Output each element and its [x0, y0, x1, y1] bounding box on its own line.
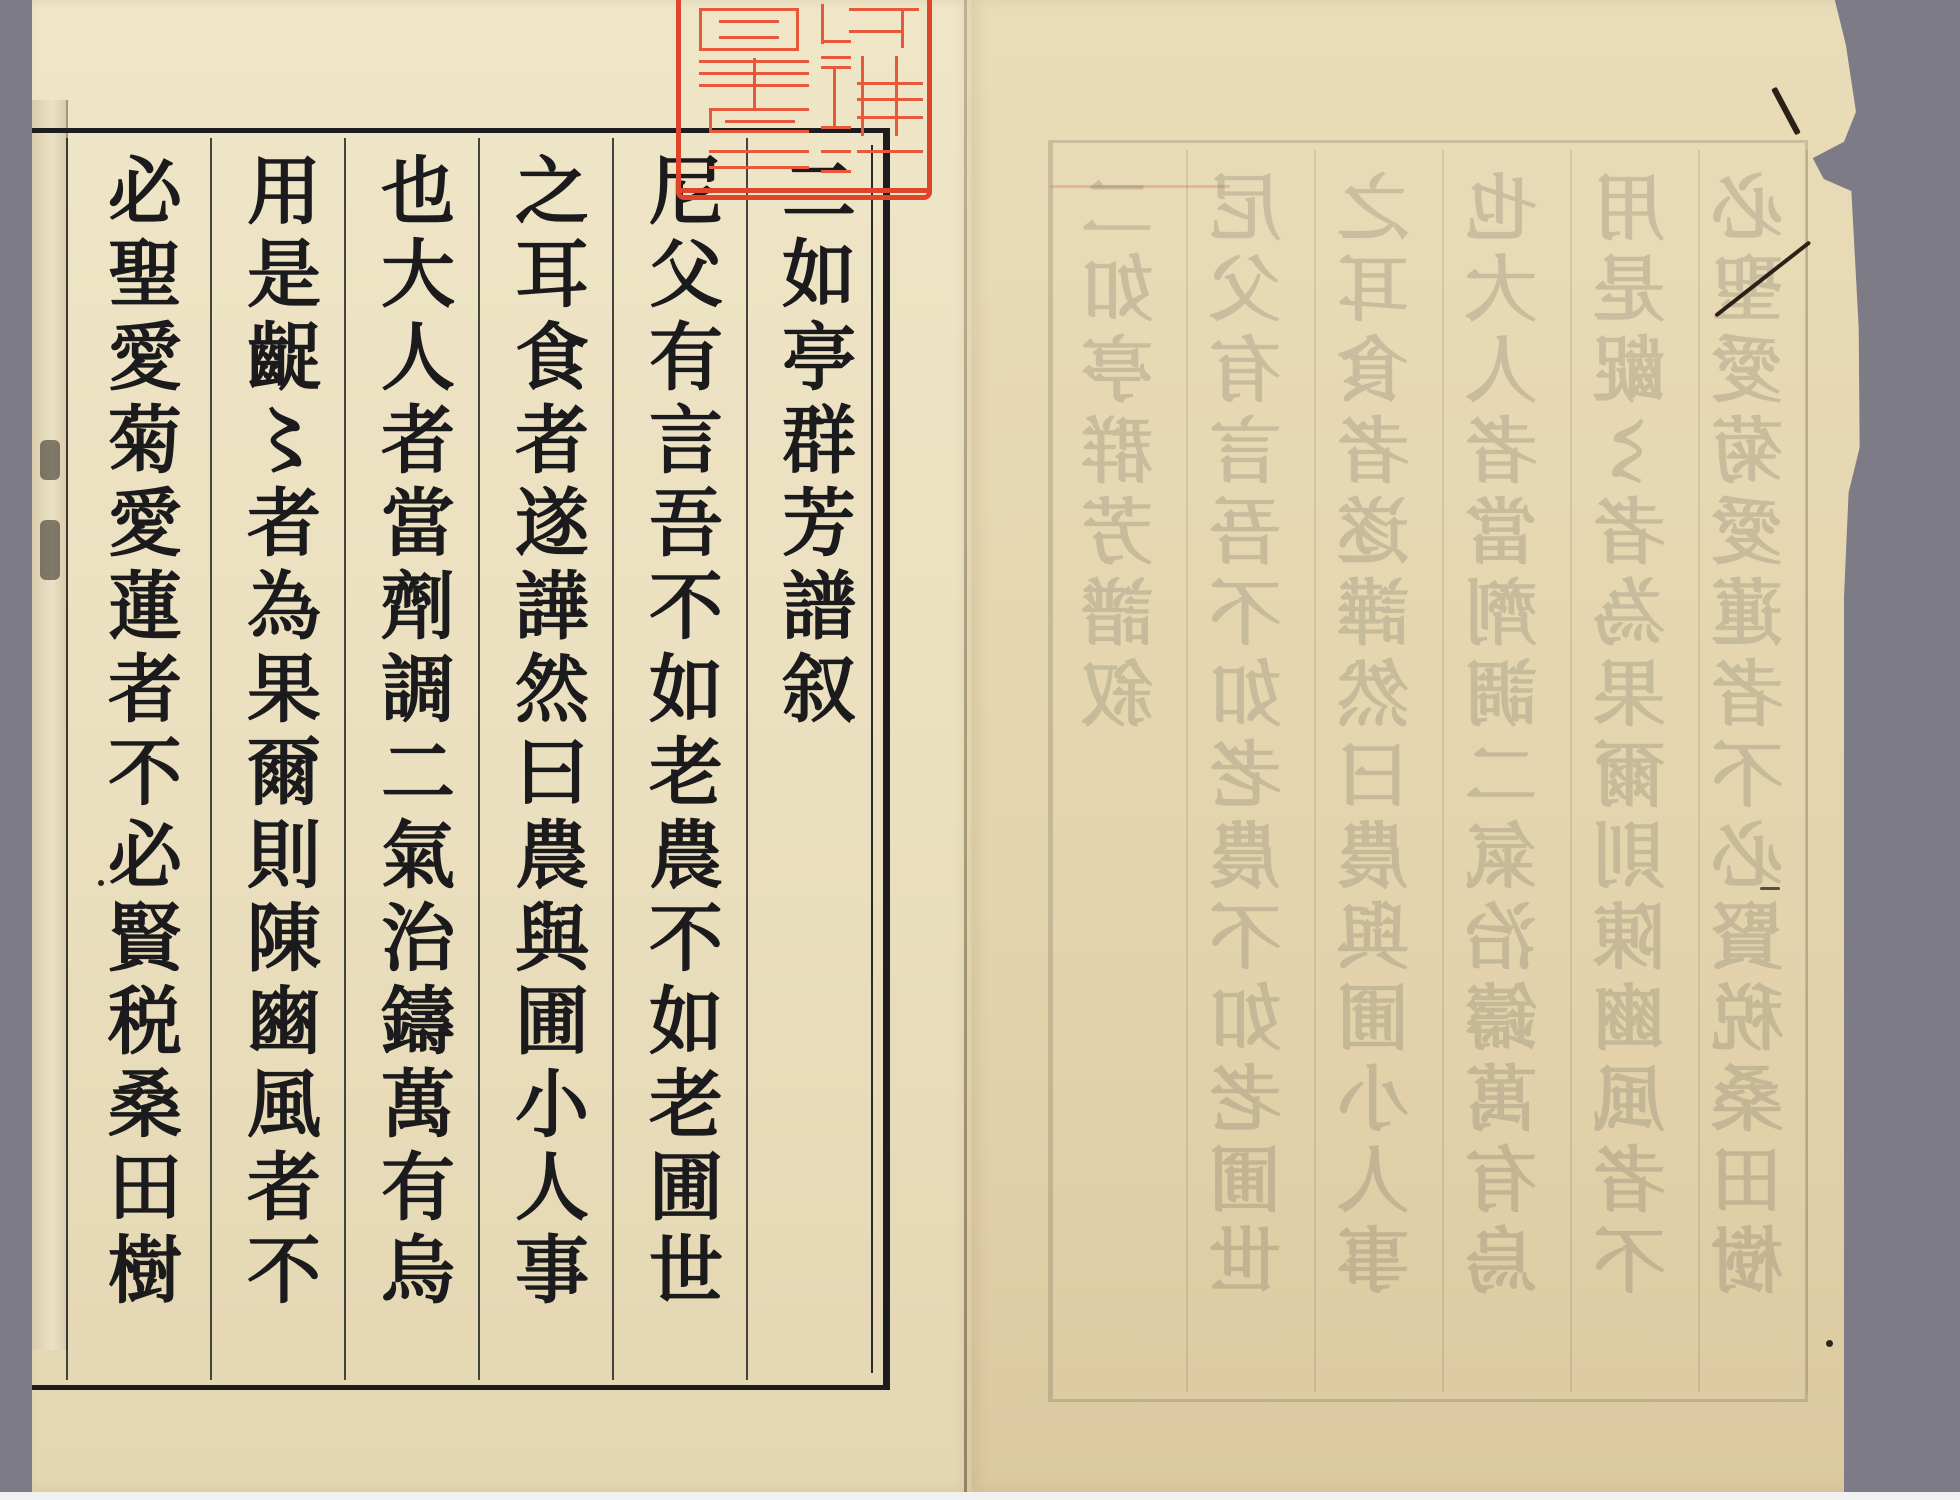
ghost-column: 尼父有言吾不如老農不如老圃世	[1188, 150, 1316, 1392]
seal-stroke	[719, 20, 779, 23]
text-column-heading: 二如亭群芳譜叙	[746, 138, 878, 1380]
seal-stroke	[753, 58, 756, 108]
column-text: 之耳食者遂譁然曰農與圃小人事	[509, 152, 583, 1314]
ghost-text: 也大人者當劑調二氣治鑄萬有烏	[1471, 170, 1543, 1304]
seal-stroke	[849, 30, 904, 33]
text-column: 之耳食者遂譁然曰農與圃小人事	[478, 138, 612, 1380]
ghost-text: 之耳食者遂譁然曰農與圃小人事	[1343, 170, 1415, 1304]
seal-stroke	[709, 108, 712, 132]
seal-stroke	[857, 98, 923, 101]
seal-stroke	[821, 66, 851, 69]
seal-stroke	[833, 66, 836, 126]
text-column: 必聖愛菊愛蓮者不必賢税桑田樹	[66, 138, 210, 1380]
ink-speck	[1760, 887, 1780, 890]
seal-stroke	[709, 150, 809, 153]
seal-stroke	[821, 150, 851, 153]
seal-stroke	[821, 4, 824, 44]
ink-speck	[1826, 1340, 1833, 1347]
column-text: 也大人者當劑調二氣治鑄萬有烏	[375, 152, 449, 1314]
seal-stroke	[709, 166, 809, 169]
red-seal-stamp	[676, 0, 932, 200]
seal-stroke	[699, 48, 799, 51]
ghost-column: 二如亭群芳譜叙	[1060, 150, 1188, 1392]
column-text: 必聖愛菊愛蓮者不必賢税桑田樹	[102, 152, 176, 1314]
seal-stroke	[821, 56, 851, 59]
scan-bottom-edge	[0, 1492, 1960, 1500]
seal-stroke	[796, 8, 799, 51]
seal-stroke	[699, 8, 799, 11]
text-column: 用是齪〻者為果爾則陳豳風者不	[210, 138, 344, 1380]
seal-stroke	[709, 108, 809, 111]
column-text: 尼父有言吾不如老農不如老圃世	[643, 152, 717, 1314]
seal-stroke	[857, 82, 923, 85]
ghost-column: 用是齪〻者為果爾則陳豳風者不	[1572, 150, 1700, 1392]
seal-stroke	[895, 56, 898, 136]
ghost-column: 必聖愛菊愛蓮者不必賢税桑田樹	[1700, 150, 1808, 1392]
page-title: 二如亭群芳譜叙	[776, 152, 850, 733]
seal-stroke	[821, 126, 851, 129]
column-text: 用是齪〻者為果爾則陳豳風者不	[241, 152, 315, 1314]
ghost-text: 二如亭群芳譜叙	[1087, 170, 1159, 737]
seal-stroke	[725, 120, 795, 123]
center-fold	[964, 0, 967, 1492]
seal-stroke	[821, 170, 851, 173]
seal-stroke	[821, 40, 851, 43]
seal-stroke	[901, 8, 904, 48]
seal-stroke	[857, 150, 923, 153]
seal-stroke	[719, 36, 779, 39]
seal-stroke	[857, 116, 923, 119]
book-scan: 二如亭群芳譜叙 尼父有言吾不如老農不如老圃世 之耳食者遂譁然曰農與圃小人事 也大…	[0, 0, 1960, 1500]
seal-stroke	[681, 188, 927, 193]
seal-stroke	[849, 8, 919, 11]
text-column: 尼父有言吾不如老農不如老圃世	[612, 138, 746, 1380]
ghost-column: 也大人者當劑調二氣治鑄萬有烏	[1444, 150, 1572, 1392]
seal-stroke	[709, 130, 809, 133]
ghost-text: 尼父有言吾不如老農不如老圃世	[1215, 170, 1287, 1304]
seal-stroke	[861, 56, 864, 136]
ghost-text: 用是齪〻者為果爾則陳豳風者不	[1599, 170, 1671, 1304]
text-column: 也大人者當劑調二氣治鑄萬有烏	[344, 138, 478, 1380]
ghost-column: 之耳食者遂譁然曰農與圃小人事	[1316, 150, 1444, 1392]
ghost-text: 必聖愛菊愛蓮者不必賢税桑田樹	[1717, 170, 1789, 1304]
ink-speck	[98, 880, 104, 886]
seal-stroke	[699, 8, 702, 48]
